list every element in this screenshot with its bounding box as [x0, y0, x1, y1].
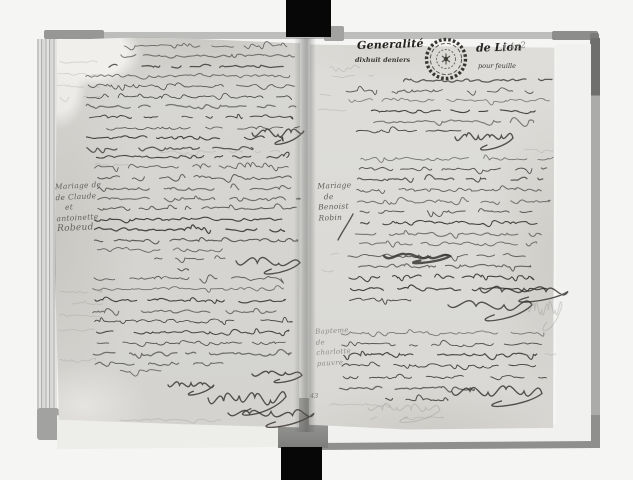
margin-note-line: Bapteme	[315, 325, 350, 337]
gutter-shadow	[294, 38, 316, 432]
right-page-margin-note-bapteme: Bapteme de charlotte pauvre	[315, 325, 352, 369]
header-generalite: Generalité	[357, 37, 424, 52]
margin-note-line: Robin	[318, 212, 352, 224]
page-block-left-edges	[37, 39, 57, 433]
gutter-page-number: 43	[310, 392, 318, 400]
book-cover-right-edge	[591, 38, 600, 448]
right-page	[308, 43, 556, 431]
book-corner-top-left	[44, 30, 104, 39]
left-page-margin-note: Mariage de de Claude et antoinette Robeu…	[55, 180, 104, 235]
right-page-margin-note-mariage: Mariage de Benoist Robin	[317, 180, 352, 224]
margin-note-line: pauvre	[317, 357, 352, 369]
masking-strip-bottom	[281, 447, 322, 480]
book-corner-bottom-left	[37, 408, 59, 440]
header-pour-feuille: pour feuille	[478, 62, 516, 70]
book-cover-bottom-edge	[316, 441, 598, 450]
scanned-book-photograph: Generalité de Lion dixhuit deniers pour …	[0, 0, 633, 480]
margin-note-line: charlotte	[316, 346, 351, 358]
margin-note-line: Benoist	[318, 202, 352, 214]
margin-note-line: Mariage	[317, 180, 351, 192]
header-dixhuit-deniers: dixhuit deniers	[355, 56, 410, 64]
guard-pages-right	[556, 44, 594, 440]
masking-strip-top	[286, 0, 331, 37]
